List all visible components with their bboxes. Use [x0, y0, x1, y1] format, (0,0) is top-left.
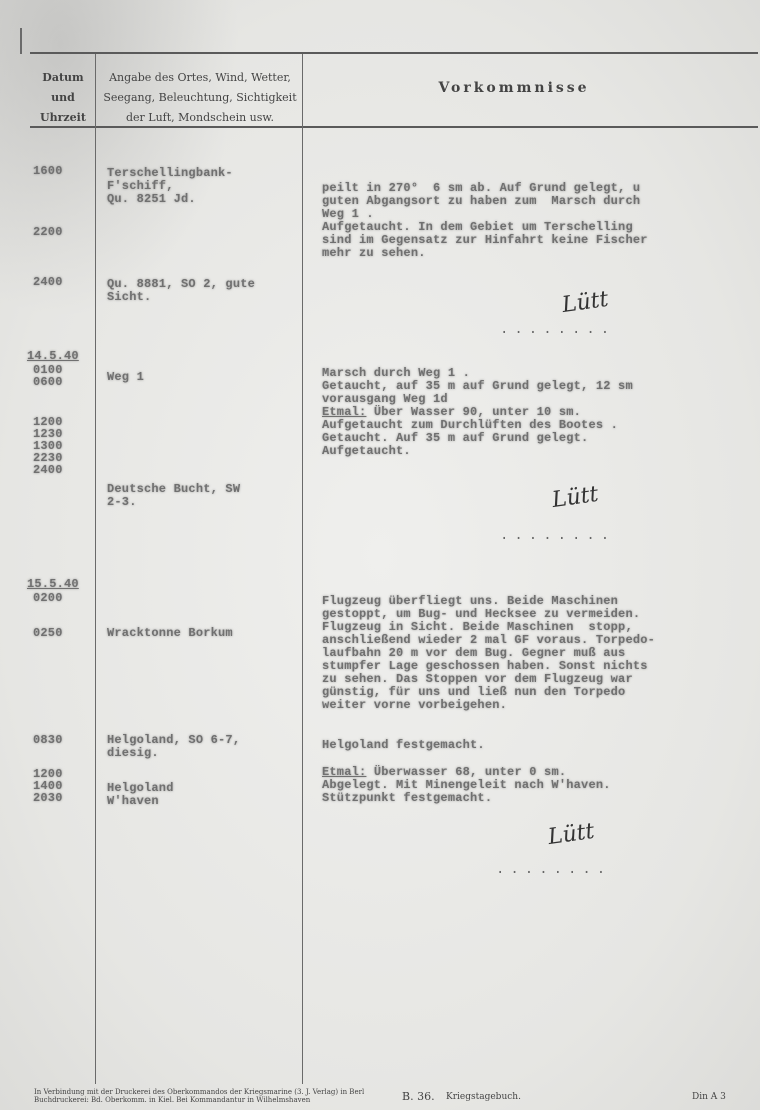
entry-time: 2030 [33, 792, 93, 804]
entry-event: Getaucht. Auf 35 m auf Grund gelegt. [322, 432, 588, 444]
entry-event: stumpfer Lage geschossen haben. Sonst ni… [322, 660, 648, 672]
form-title: Kriegstagebuch. [446, 1092, 521, 1102]
entry-place: Deutsche Bucht, SW [107, 483, 240, 495]
etmal-value: Über Wasser 90, unter 10 sm. [366, 405, 581, 419]
entry-time: 2400 [33, 276, 93, 288]
entry-time: 2200 [33, 226, 93, 238]
etmal-label: Etmal: [322, 765, 366, 779]
entry-time: 0200 [33, 592, 93, 604]
entry-time: 0600 [33, 376, 93, 388]
entry-event: Marsch durch Weg 1 . [322, 367, 470, 379]
entry-event: Weg 1 . [322, 208, 374, 220]
etmal-value: Überwasser 68, unter 0 sm. [366, 765, 566, 779]
entry-time: 0830 [33, 734, 93, 746]
signature-dots: ........ [500, 322, 615, 338]
entry-place: W'haven [107, 795, 159, 807]
header-date-line: Uhrzeit [30, 108, 96, 128]
document-page: Datum und Uhrzeit Angabe des Ortes, Wind… [0, 0, 760, 1110]
entry-place: Weg 1 [107, 371, 144, 383]
entry-event: Flugzeug überfliegt uns. Beide Maschinen [322, 595, 618, 607]
entry-time: 0250 [33, 627, 93, 639]
entry-place: Qu. 8251 Jd. [107, 193, 196, 205]
column-divider-place [302, 54, 303, 1084]
entry-event: Etmal: Über Wasser 90, unter 10 sm. [322, 406, 581, 418]
table-top-rule [30, 52, 758, 54]
signature: Lütt [546, 819, 595, 850]
entry-event: Getaucht, auf 35 m auf Grund gelegt, 12 … [322, 380, 633, 392]
column-divider-date [95, 54, 96, 1084]
signature: Lütt [560, 287, 609, 318]
signature-dots: ........ [500, 528, 615, 544]
entry-event: mehr zu sehen. [322, 247, 426, 259]
entry-event: anschließend wieder 2 mal GF voraus. Tor… [322, 634, 655, 646]
entry-event: laufbahn 20 m vor dem Bug. Gegner muß au… [322, 647, 625, 659]
entry-event: sind im Gegensatz zur Hinfahrt keine Fis… [322, 234, 648, 246]
entry-event: guten Abgangsort zu haben zum Marsch dur… [322, 195, 640, 207]
entry-event: gestoppt, um Bug- und Hecksee zu vermeid… [322, 608, 640, 620]
footer-line: Buchdruckerei: Bd. Oberkomm. in Kiel. Be… [34, 1096, 364, 1104]
entry-place: Helgoland, SO 6-7, [107, 734, 240, 746]
entry-place: Wracktonne Borkum [107, 627, 233, 639]
entry-event: weiter vorne vorbeigehen. [322, 699, 507, 711]
header-place-line: der Luft, Mondschein usw. [98, 108, 302, 128]
entry-event: Aufgetaucht. In dem Gebiet um Terschelli… [322, 221, 633, 233]
entry-event: Helgoland festgemacht. [322, 739, 485, 751]
entry-time: 2400 [33, 464, 93, 476]
entry-place: F'schiff, [107, 180, 174, 192]
entry-event: Abgelegt. Mit Minengeleit nach W'haven. [322, 779, 611, 791]
section-date: 14.5.40 [27, 350, 87, 362]
entry-event: Etmal: Überwasser 68, unter 0 sm. [322, 766, 566, 778]
entry-event: Stützpunkt festgemacht. [322, 792, 492, 804]
signature: Lütt [550, 482, 599, 513]
entry-event: Aufgetaucht. [322, 445, 411, 457]
entry-event: zu sehen. Das Stoppen vor dem Flugzeug w… [322, 673, 633, 685]
signature-dots: ........ [496, 862, 611, 878]
left-margin-tick [20, 28, 22, 54]
section-date: 15.5.40 [27, 578, 87, 590]
form-number: B. 36. [402, 1090, 435, 1103]
header-date-time: Datum und Uhrzeit [30, 68, 96, 128]
entry-place: Helgoland [107, 782, 174, 794]
footer-printer-info: In Verbindung mit der Druckerei des Ober… [34, 1088, 364, 1104]
entry-event: Flugzeug in Sicht. Beide Maschinen stopp… [322, 621, 633, 633]
header-place-line: Angabe des Ortes, Wind, Wetter, [98, 68, 302, 88]
entry-event: günstig, für uns und ließ nun den Torped… [322, 686, 625, 698]
entry-place: Qu. 8881, SO 2, gute [107, 278, 255, 290]
header-date-line: und [30, 88, 96, 108]
header-events: Vorkommnisse [304, 80, 724, 96]
etmal-label: Etmal: [322, 405, 366, 419]
entry-place: 2-3. [107, 496, 137, 508]
entry-place: Terschellingbank- [107, 167, 233, 179]
entry-place: diesig. [107, 747, 159, 759]
header-date-line: Datum [30, 68, 96, 88]
footer-line: In Verbindung mit der Druckerei des Ober… [34, 1088, 364, 1096]
paper-format: Din A 3 [692, 1092, 726, 1102]
header-place-line: Seegang, Beleuchtung, Sichtigkeit [98, 88, 302, 108]
entry-time: 1600 [33, 165, 93, 177]
entry-event: peilt in 270° 6 sm ab. Auf Grund gelegt,… [322, 182, 640, 194]
entry-place: Sicht. [107, 291, 151, 303]
entry-event: vorausgang Weg 1d [322, 393, 448, 405]
entry-event: Aufgetaucht zum Durchlüften des Bootes . [322, 419, 618, 431]
header-place-weather: Angabe des Ortes, Wind, Wetter, Seegang,… [98, 68, 302, 128]
